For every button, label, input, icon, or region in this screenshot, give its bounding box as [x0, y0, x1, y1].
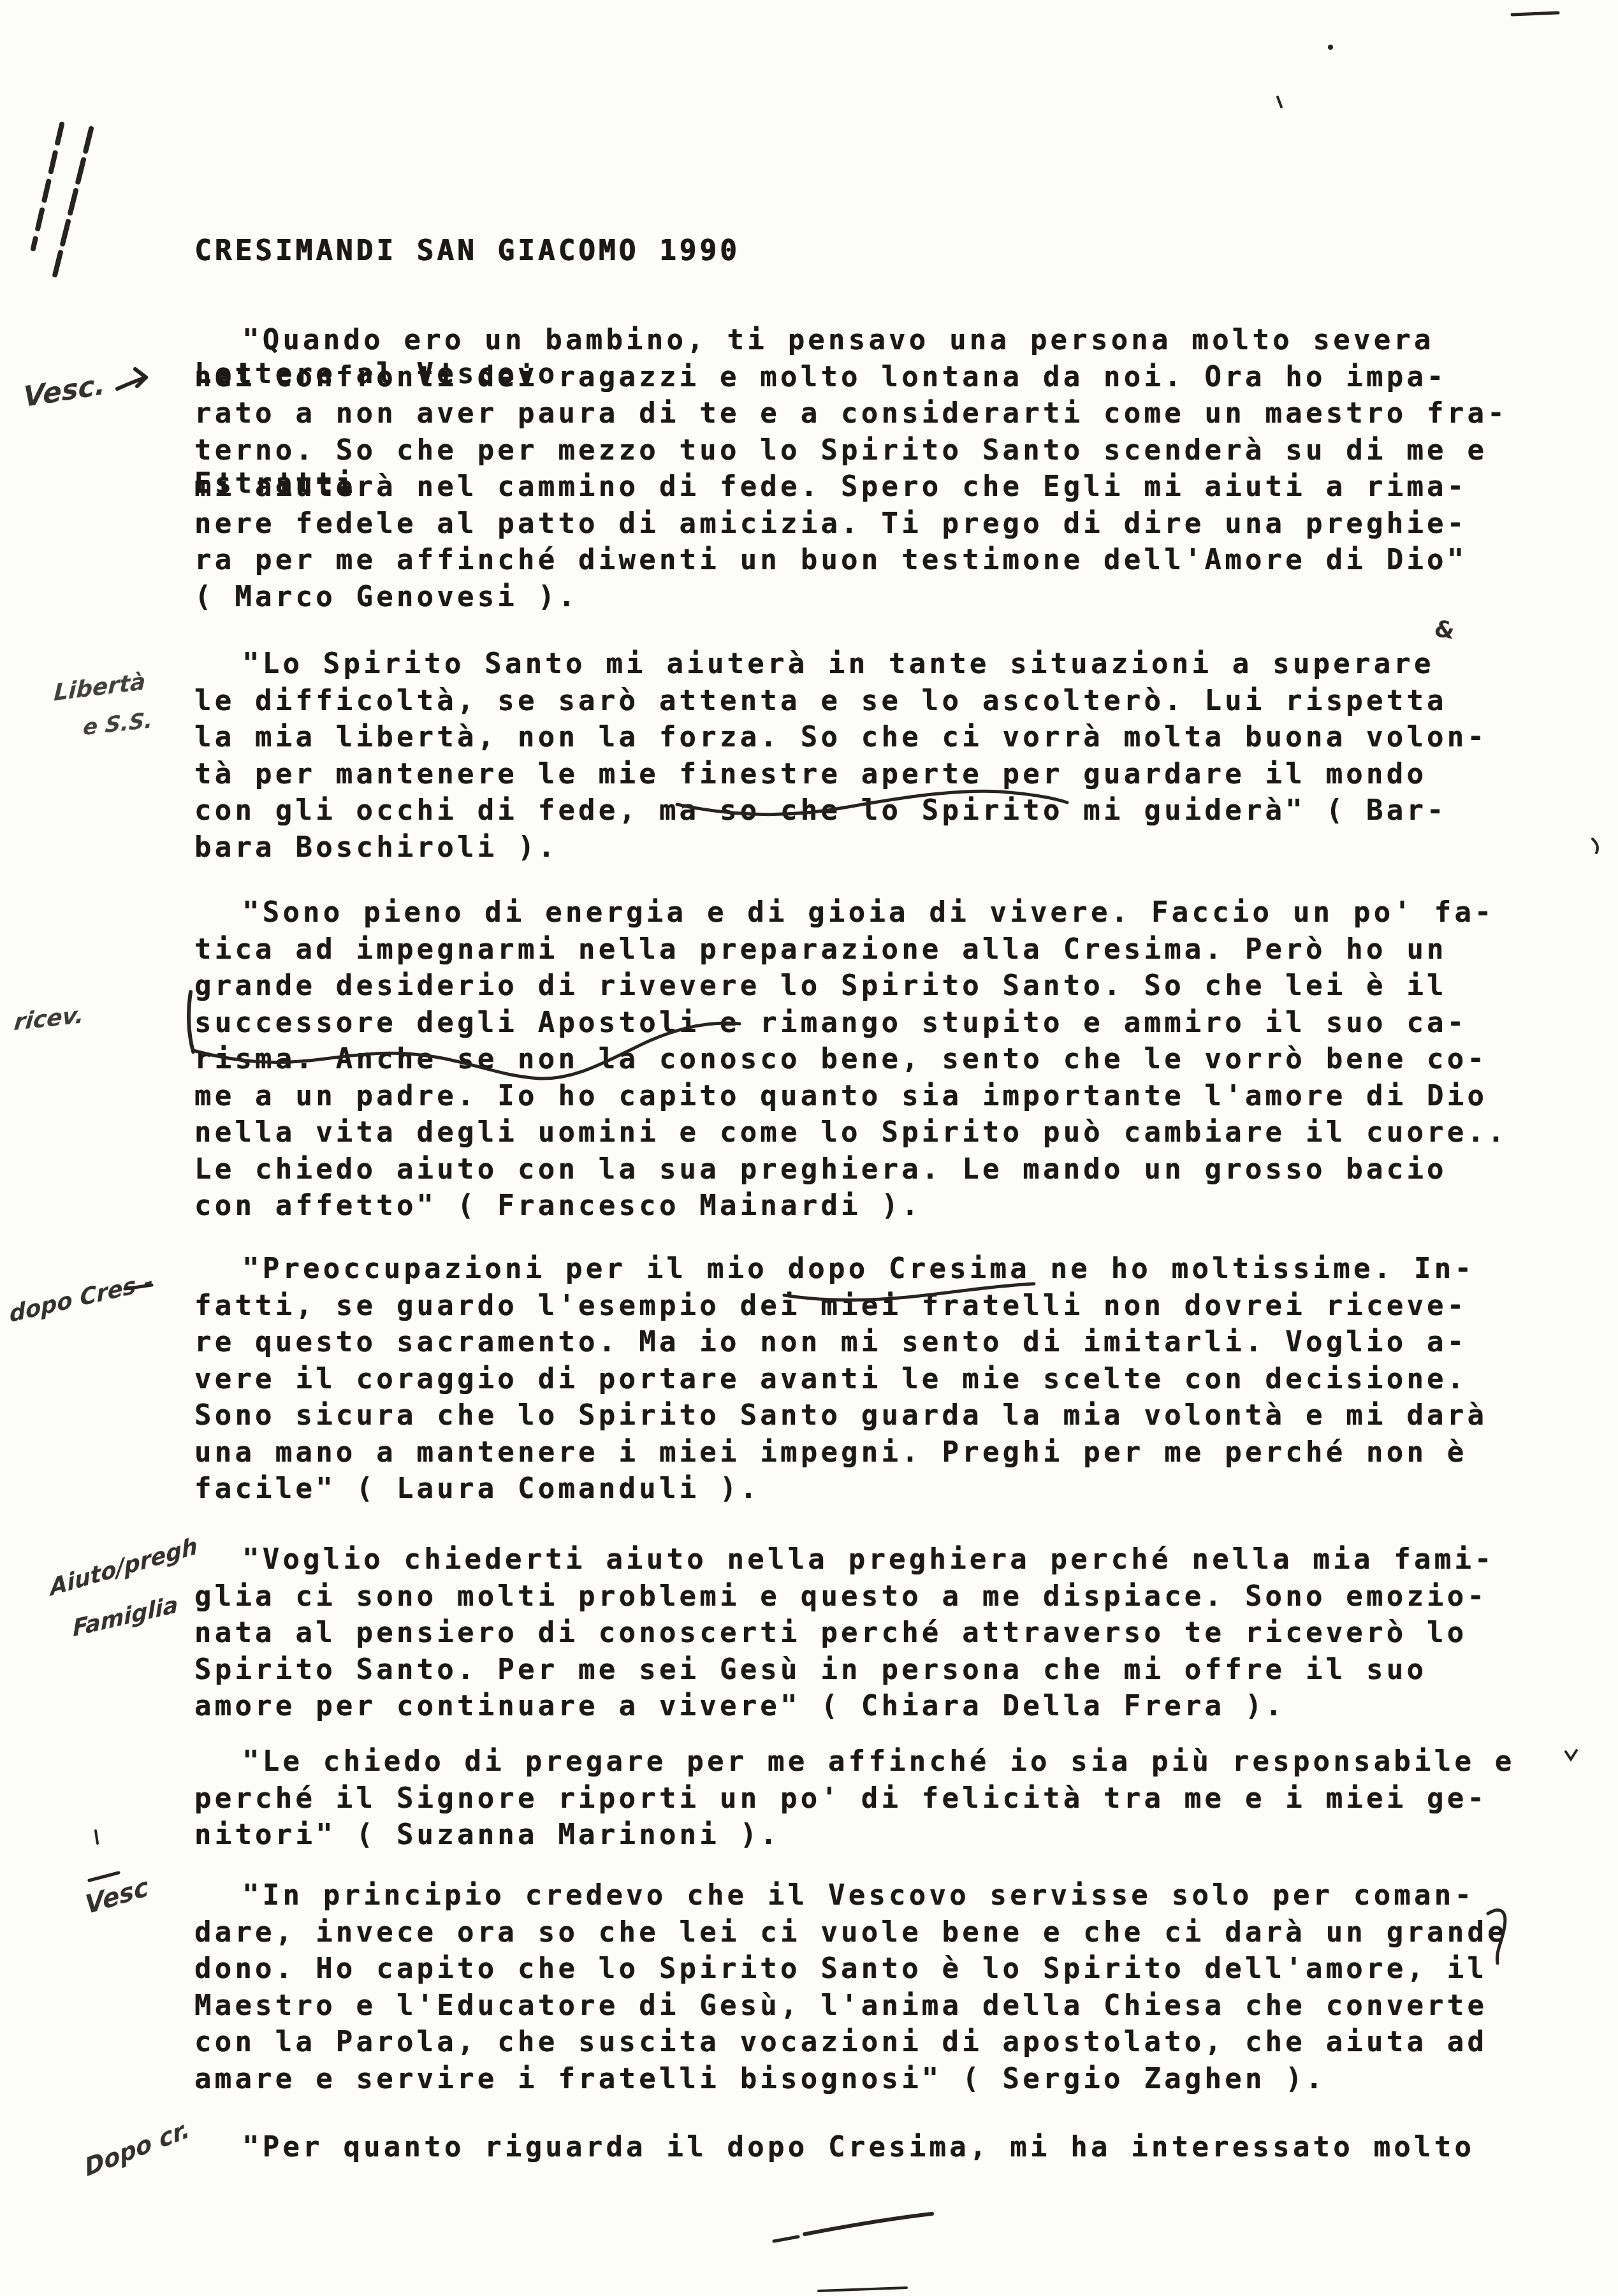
pen-tick-vesc — [89, 1873, 119, 1880]
typed-line: con affetto" ( Francesco Mainardi ). — [194, 1188, 1508, 1224]
typed-line: dare, invece ora so che lei ci vuole ben… — [194, 1914, 1508, 1951]
page-title: CRESIMANDI SAN GIACOMO 1990 — [194, 233, 740, 270]
typed-line: nata al pensiero di conoscerti perché at… — [194, 1615, 1495, 1652]
typed-line: amore per continuare a vivere" ( Chiara … — [194, 1688, 1495, 1725]
typed-line: successore degli Apostoli e rimango stup… — [194, 1005, 1508, 1042]
typed-line: ( Marco Genovesi ). — [194, 579, 1508, 616]
typed-line: grande desiderio di rivevere lo Spirito … — [194, 968, 1508, 1005]
typed-line: "In principio credevo che il Vescovo ser… — [194, 1877, 1508, 1914]
typed-line: Maestro e l'Educatore di Gesù, l'anima d… — [194, 1987, 1508, 2024]
typed-line: le difficoltà, se sarò attenta e se lo a… — [194, 683, 1487, 720]
stray-dot — [1328, 45, 1333, 50]
margin-note-famiglia: Famiglia — [73, 1591, 179, 1642]
typed-line: perché il Signore riporti un po' di feli… — [194, 1780, 1515, 1817]
typed-line: ra per me affinché diwenti un buon testi… — [194, 542, 1508, 579]
typed-line: vere il coraggio di portare avanti le mi… — [194, 1361, 1487, 1398]
pen-line-page-bottom — [819, 2288, 907, 2291]
typed-line: Sono sicura che lo Spirito Santo guarda … — [194, 1397, 1487, 1434]
letter-extract-paragraph: "Lo Spirito Santo mi aiuterà in tante si… — [194, 646, 1487, 866]
typed-line: mi aiuterà nel cammino di fede. Spero ch… — [194, 469, 1508, 505]
stray-typed-mark: & — [1432, 616, 1456, 644]
pen-margin-bar — [189, 992, 193, 1052]
typed-line: rato a non aver paura di te e a consider… — [194, 395, 1508, 432]
letter-extract-paragraph: "Preoccupazioni per il mio dopo Cresima … — [194, 1251, 1487, 1508]
typed-line: amare e servire i fratelli bisognosi" ( … — [194, 2061, 1508, 2098]
letter-extract-paragraph: "Per quanto riguarda il dopo Cresima, mi… — [194, 2129, 1475, 2166]
pen-slash-mark-2 — [55, 129, 91, 275]
arrow-head-icon — [135, 369, 146, 386]
typed-line: "Preoccupazioni per il mio dopo Cresima … — [194, 1251, 1487, 1288]
stray-tick-left — [96, 1831, 98, 1843]
letter-extract-paragraph: "In principio credevo che il Vescovo ser… — [194, 1877, 1508, 2097]
stray-dash-top-right — [1512, 13, 1558, 15]
margin-note-liberta: Libertà — [53, 669, 146, 706]
typed-line: Le chiedo aiuto con la sua preghiera. Le… — [194, 1151, 1508, 1188]
margin-note-dopo-cresima-2: Dopo cr. — [83, 2114, 192, 2182]
typed-line: nere fedele al patto di amicizia. Ti pre… — [194, 505, 1508, 542]
typed-line: una mano a mantenere i miei impegni. Pre… — [194, 1434, 1487, 1471]
typed-line: glia ci sono molti problemi e questo a m… — [194, 1578, 1495, 1615]
typed-line: Spirito Santo. Per me sei Gesù in person… — [194, 1652, 1495, 1689]
typed-line: fatti, se guardo l'esempio dei miei frat… — [194, 1288, 1487, 1325]
typed-line: nella vita degli uomini e come lo Spirit… — [194, 1114, 1508, 1151]
margin-note-vescovo: Vesc. — [23, 368, 105, 414]
pen-underline-cresima-bottom — [805, 2214, 932, 2234]
typed-line: la mia libertà, non la forza. So che ci … — [194, 719, 1487, 756]
typed-line: "Quando ero un bambino, ti pensavo una p… — [194, 322, 1508, 359]
letter-extract-paragraph: "Le chiedo di pregare per me affinché io… — [194, 1743, 1515, 1854]
typed-line: tà per mantenere le mie finestre aperte … — [194, 756, 1487, 793]
stray-tick-header — [1278, 97, 1281, 107]
margin-note-vescovo-2: Vesc — [84, 1872, 150, 1921]
typed-line: re questo sacramento. Ma io non mi sento… — [194, 1324, 1487, 1361]
typed-line: facile" ( Laura Comanduli ). — [194, 1471, 1487, 1508]
arrow-icon — [117, 377, 146, 389]
margin-note-spirito-santo: e S.S. — [82, 708, 154, 741]
letter-extract-paragraph: "Sono pieno di energia e di gioia di viv… — [194, 894, 1508, 1224]
typed-line: "Sono pieno di energia e di gioia di viv… — [194, 894, 1508, 931]
typed-line: bara Boschiroli ). — [194, 829, 1487, 866]
margin-note-ricevere: ricev. — [13, 1002, 85, 1036]
typed-line: "Le chiedo di pregare per me affinché io… — [194, 1743, 1515, 1780]
typed-line: "Voglio chiederti aiuto nella preghiera … — [194, 1541, 1495, 1578]
typed-line: nitori" ( Suzanna Marinoni ). — [194, 1817, 1515, 1854]
typed-line: "Lo Spirito Santo mi aiuterà in tante si… — [194, 646, 1487, 683]
typed-line: "Per quanto riguarda il dopo Cresima, mi… — [194, 2129, 1475, 2166]
pen-slash-mark-1 — [33, 124, 62, 249]
typed-line: me a un padre. Io ho capito quanto sia i… — [194, 1078, 1508, 1115]
scanned-letter-page: CRESIMANDI SAN GIACOMO 1990 Lettere al V… — [0, 0, 1618, 2296]
typed-line: con gli occhi di fede, ma so che lo Spir… — [194, 792, 1487, 829]
typed-line: dono. Ho capito che lo Spirito Santo è l… — [194, 1951, 1508, 1987]
typed-line: nei confronti dei ragazzi e molto lontan… — [194, 359, 1508, 396]
stray-check-right — [1566, 1750, 1577, 1759]
typed-line: terno. So che per mezzo tuo lo Spirito S… — [194, 432, 1508, 469]
margin-note-dopo-cresima: dopo Cres - — [9, 1268, 154, 1328]
typed-line: tica ad impegnarmi nella preparazione al… — [194, 931, 1508, 968]
stray-tick-right-1 — [1592, 839, 1598, 853]
typed-line: risma. Anche se non la conosco bene, sen… — [194, 1041, 1508, 1078]
typed-line: con la Parola, che suscita vocazioni di … — [194, 2024, 1508, 2061]
pen-dash-bottom — [774, 2237, 798, 2241]
letter-extract-paragraph: "Voglio chiederti aiuto nella preghiera … — [194, 1541, 1495, 1725]
letter-extract-paragraph: "Quando ero un bambino, ti pensavo una p… — [194, 322, 1508, 615]
